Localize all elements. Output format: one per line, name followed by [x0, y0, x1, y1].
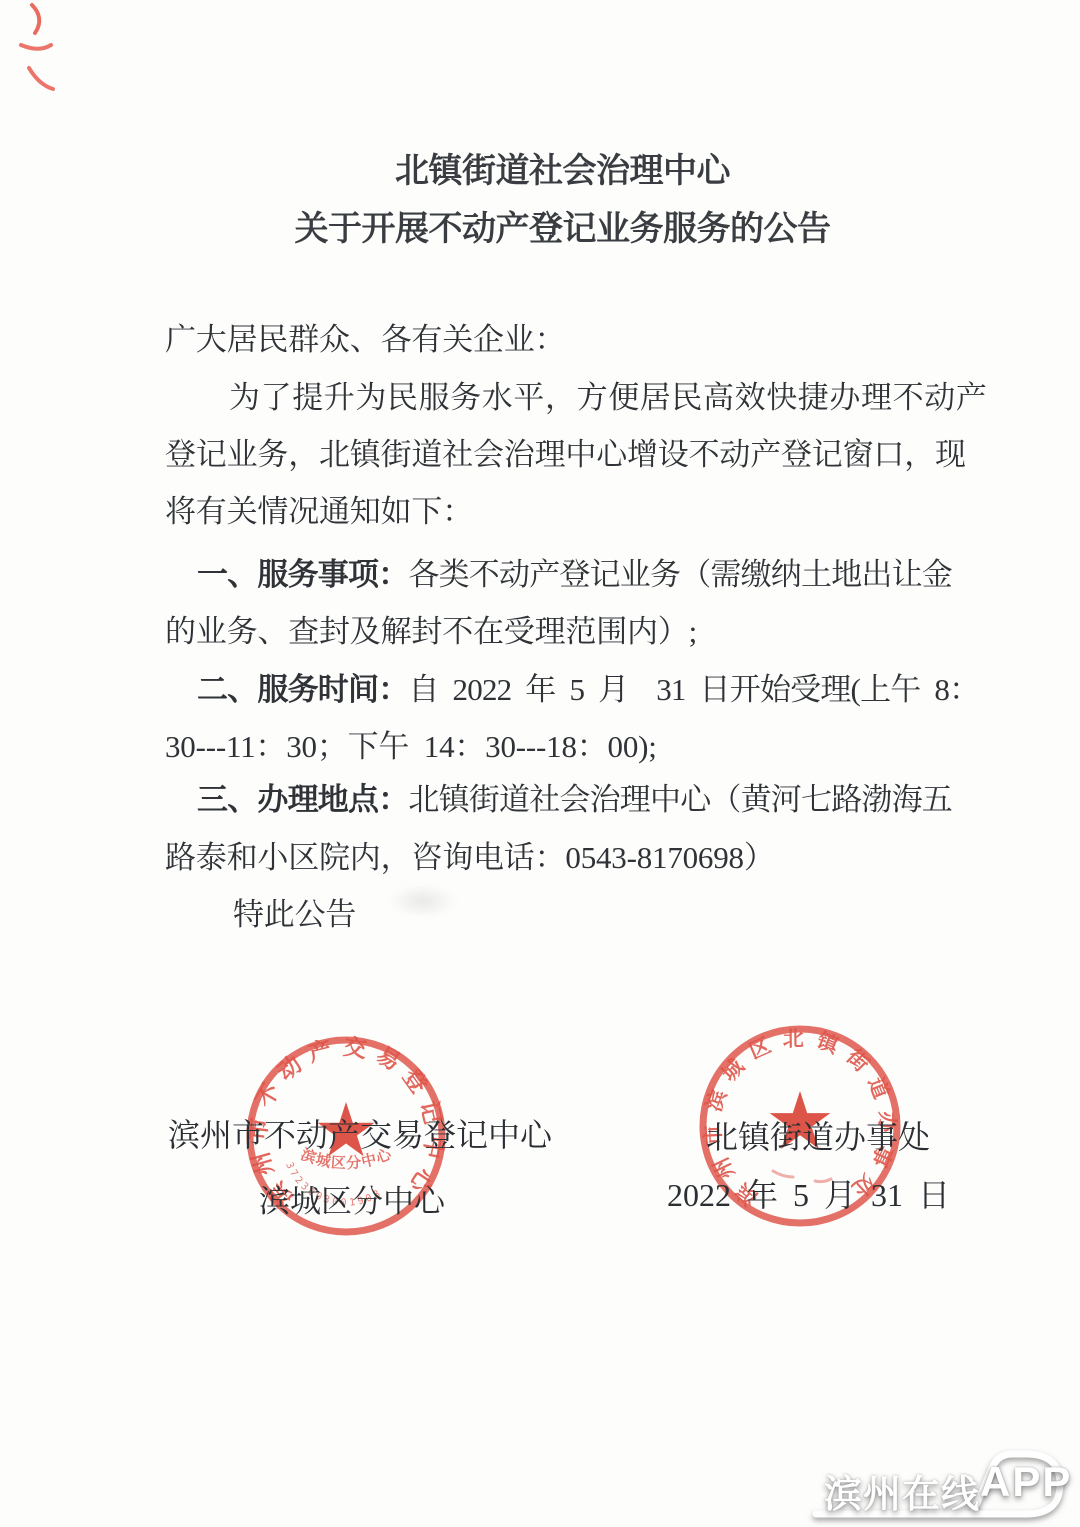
watermark-site-name: 滨州在线 [824, 1463, 980, 1518]
announcement-page: 北镇街道社会治理中心 关于开展不动产登记业务服务的公告 广大居民群众、各有关企业… [0, 0, 1080, 1527]
signature-left-org: 滨州市不动产交易登记中心 [168, 1110, 552, 1156]
section-text: 北镇街道社会治理中心（黄河七路渤海五 [408, 782, 952, 817]
section-label: 二、服务时间： [197, 672, 408, 707]
body-line-item2: 二、服务时间：自 2022 年 5 月 31 日开始受理(上午 8： [197, 664, 979, 709]
body-line: 将有关情况通知如下： [165, 486, 473, 531]
body-line: 为了提升为民服务水平，方便居民高效快捷办理不动产 [229, 372, 987, 417]
watermark-logo: 滨州在线 APP [808, 1446, 1072, 1524]
body-line-item3: 三、办理地点：北镇街道社会治理中心（黄河七路渤海五 [197, 774, 952, 819]
signature-left-branch: 滨城区分中心 [259, 1176, 445, 1221]
scan-smudge [388, 884, 458, 918]
section-label: 三、办理地点： [197, 782, 408, 817]
body-line: 登记业务，北镇街道社会治理中心增设不动产登记窗口，现 [165, 429, 966, 474]
section-label: 一、服务事项： [197, 557, 408, 592]
section-text: 自 2022 年 5 月 31 日开始受理(上午 8： [408, 672, 979, 707]
body-line: 的业务、查封及解封不在受理范围内）; [165, 606, 697, 651]
watermark-app-label: APP [980, 1458, 1072, 1506]
body-line: 30---11：30；下午 14：30---18：00); [165, 721, 657, 766]
signature-right-org: 北镇街道办事处 [706, 1112, 930, 1158]
closing-line: 特此公告 [233, 889, 356, 934]
page-subtitle: 关于开展不动产登记业务服务的公告 [165, 201, 960, 250]
pen-marks-icon [12, 0, 82, 104]
salutation-line: 广大居民群众、各有关企业： [165, 314, 565, 359]
page-title: 北镇街道社会治理中心 [165, 143, 960, 192]
section-text: 各类不动产登记业务（需缴纳土地出让金 [408, 557, 952, 592]
signature-date: 2022 年 5 月 31 日 [667, 1170, 950, 1216]
body-line-item1: 一、服务事项：各类不动产登记业务（需缴纳土地出让金 [197, 549, 952, 594]
body-line: 路泰和小区院内，咨询电话：0543-8170698） [165, 832, 775, 877]
